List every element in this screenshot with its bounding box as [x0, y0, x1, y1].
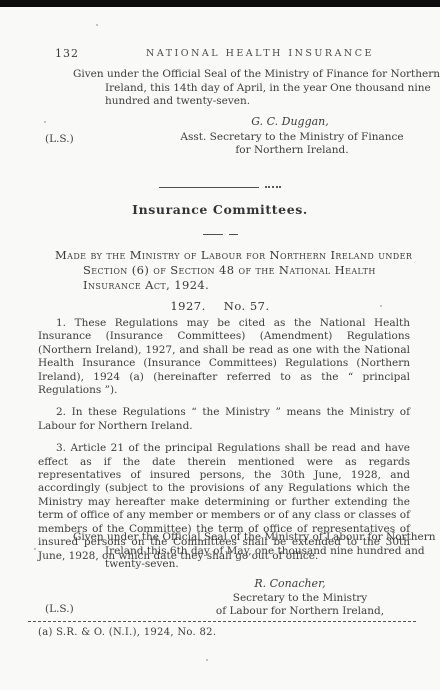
- page-number: 132: [55, 47, 79, 60]
- divider-line: [159, 187, 259, 188]
- regulation-paragraph-2: 2. In these Regulations “ the Ministry ”…: [38, 406, 410, 433]
- section-heading: Insurance Committees.: [0, 202, 440, 217]
- labour-attestation-text: Given under the Official Seal of the Min…: [73, 531, 440, 572]
- footnote-divider: [28, 621, 416, 622]
- running-head: NATIONAL HEALTH INSURANCE: [110, 48, 410, 59]
- heading-divider: [0, 234, 440, 235]
- finance-signatory-title: Asst. Secretary to the Ministry of Finan…: [168, 131, 416, 157]
- divider-line: [203, 234, 223, 235]
- page-header: 132 NATIONAL HEALTH INSURANCE: [0, 47, 440, 61]
- scan-speck: [380, 305, 382, 307]
- citation-line: 1927.No. 57.: [0, 299, 440, 313]
- scan-speck: [34, 548, 36, 550]
- finance-signatory-title-line2: for Northern Ireland.: [168, 144, 416, 157]
- footnote-text: (a) S.R. & O. (N.I.), 1924, No. 82.: [38, 627, 216, 638]
- made-by-statement: Made by the Ministry of Labour for North…: [55, 248, 415, 293]
- scan-speck: [96, 24, 98, 26]
- section-divider: [0, 186, 440, 189]
- scan-speck: [44, 121, 46, 123]
- labour-signatory-title-line1: Secretary to the Ministry: [190, 592, 410, 605]
- labour-signatory-title: Secretary to the Ministry of Labour for …: [190, 592, 410, 618]
- divider-line: [229, 234, 238, 235]
- finance-seal-mark: (L.S.): [45, 133, 74, 145]
- finance-attestation-text: Given under the Official Seal of the Min…: [73, 68, 440, 109]
- labour-signature: R. Conacher,: [180, 577, 400, 590]
- scan-edge-bar: [0, 0, 440, 7]
- regulation-paragraph-1: 1. These Regulations may be cited as the…: [38, 317, 410, 397]
- divider-dots: [265, 186, 281, 189]
- scan-speck: [206, 659, 208, 661]
- scanned-document-page: 132 NATIONAL HEALTH INSURANCE Given unde…: [0, 0, 440, 690]
- labour-seal-mark: (L.S.): [45, 603, 74, 615]
- labour-signatory-title-line2: of Labour for Northern Ireland,: [190, 605, 410, 618]
- finance-signature: G. C. Duggan,: [180, 115, 400, 128]
- finance-signatory-title-line1: Asst. Secretary to the Ministry of Finan…: [168, 131, 416, 144]
- citation-number: No. 57.: [224, 299, 270, 313]
- citation-year: 1927.: [170, 299, 205, 313]
